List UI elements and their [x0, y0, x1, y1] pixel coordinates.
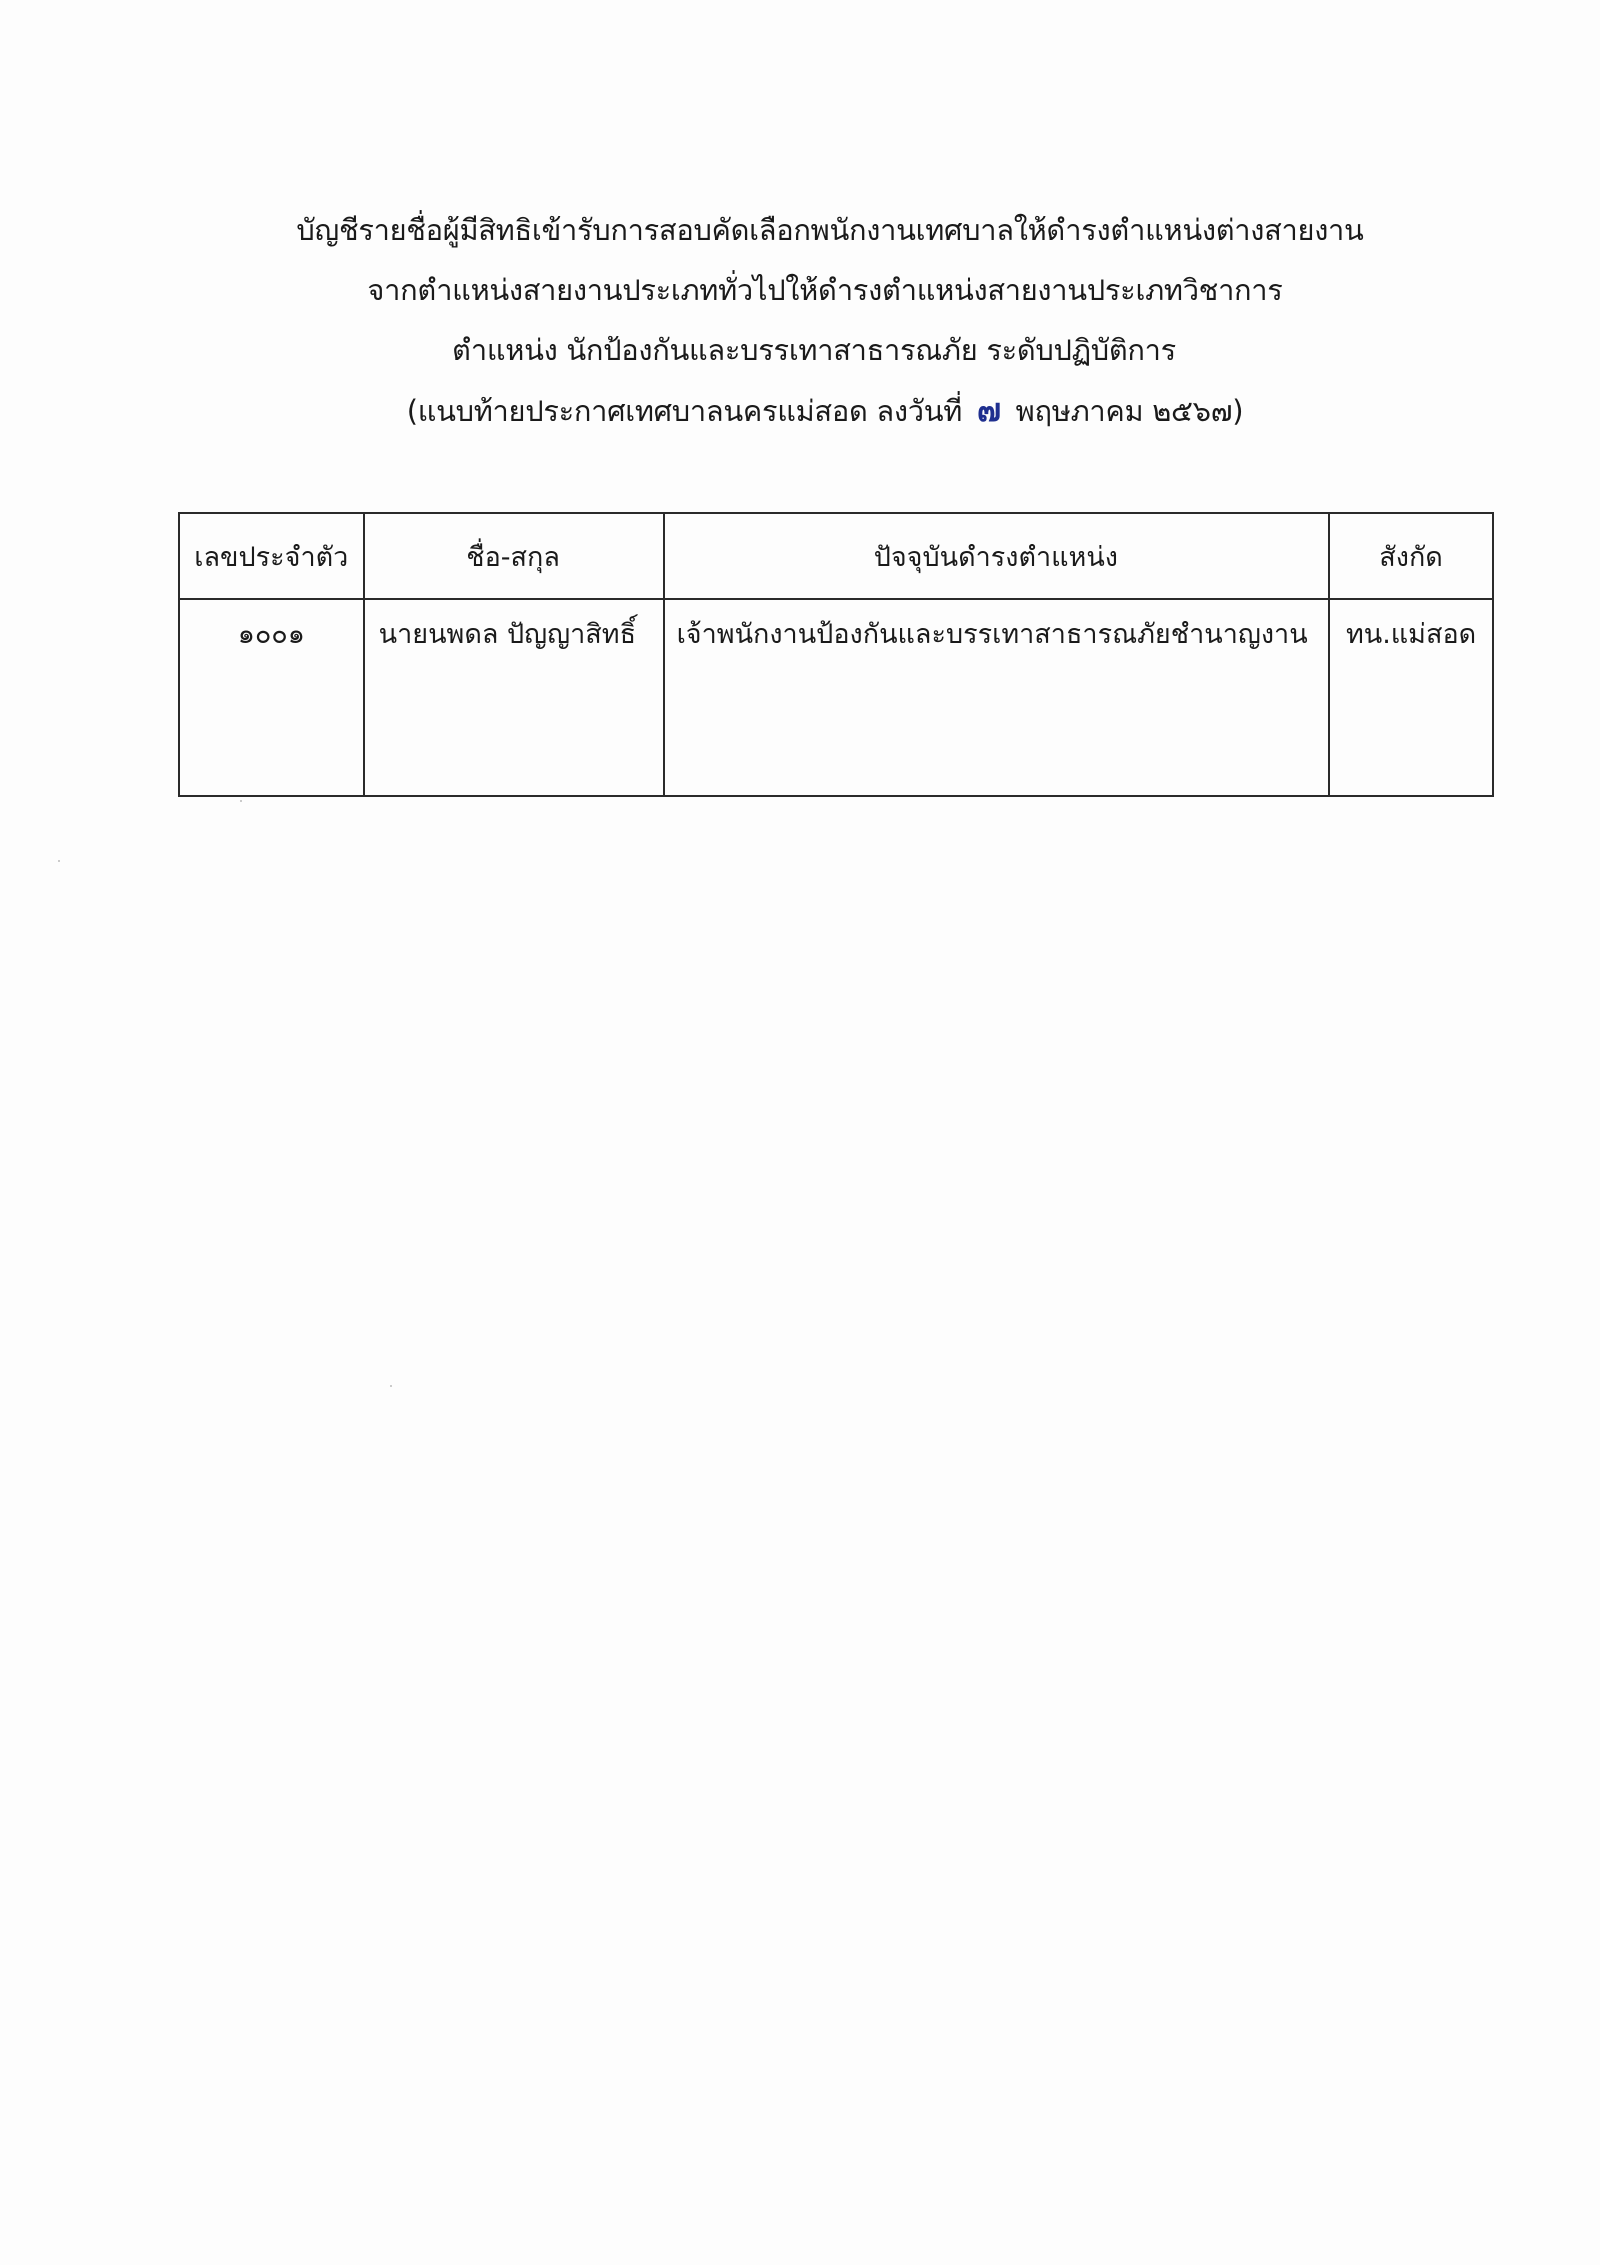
candidate-table: เลขประจำตัว ชื่อ-สกุล ปัจจุบันดำรงตำแหน่… — [178, 512, 1494, 797]
header-id: เลขประจำตัว — [179, 513, 364, 599]
document-title-block: บัญชีรายชื่อผู้มีสิทธิเข้ารับการสอบคัดเล… — [0, 200, 1600, 440]
table-row: ๑๐๐๑ นายนพดล ปัญญาสิทธิ์ เจ้าพนักงานป้อง… — [179, 599, 1493, 796]
table-header-row: เลขประจำตัว ชื่อ-สกุล ปัจจุบันดำรงตำแหน่… — [179, 513, 1493, 599]
handwritten-day: ๗ — [971, 391, 1007, 429]
header-name: ชื่อ-สกุล — [364, 513, 664, 599]
scan-speck — [58, 860, 60, 862]
attachment-prefix: (แนบท้ายประกาศเทศบาลนครแม่สอด ลงวันที่ — [407, 394, 962, 428]
scan-speck — [240, 800, 242, 802]
cell-current-position: เจ้าพนักงานป้องกันและบรรเทาสาธารณภัยชำนา… — [664, 599, 1330, 796]
cell-id: ๑๐๐๑ — [179, 599, 364, 796]
document-page: บัญชีรายชื่อผู้มีสิทธิเข้ารับการสอบคัดเล… — [0, 0, 1600, 2265]
cell-name: นายนพดล ปัญญาสิทธิ์ — [364, 599, 664, 796]
header-current-position: ปัจจุบันดำรงตำแหน่ง — [664, 513, 1330, 599]
scan-speck — [390, 1385, 392, 1387]
header-affiliation: สังกัด — [1329, 513, 1493, 599]
attachment-month-year: พฤษภาคม ๒๕๖๗) — [1016, 394, 1244, 428]
cell-affiliation: ทน.แม่สอด — [1329, 599, 1493, 796]
title-line-1: บัญชีรายชื่อผู้มีสิทธิเข้ารับการสอบคัดเล… — [0, 200, 1600, 260]
title-line-3: ตำแหน่ง นักป้องกันและบรรเทาสาธารณภัย ระด… — [0, 320, 1600, 380]
attachment-line: (แนบท้ายประกาศเทศบาลนครแม่สอด ลงวันที่ ๗… — [0, 380, 1600, 440]
title-line-2: จากตำแหน่งสายงานประเภททั่วไปให้ดำรงตำแหน… — [0, 260, 1600, 320]
